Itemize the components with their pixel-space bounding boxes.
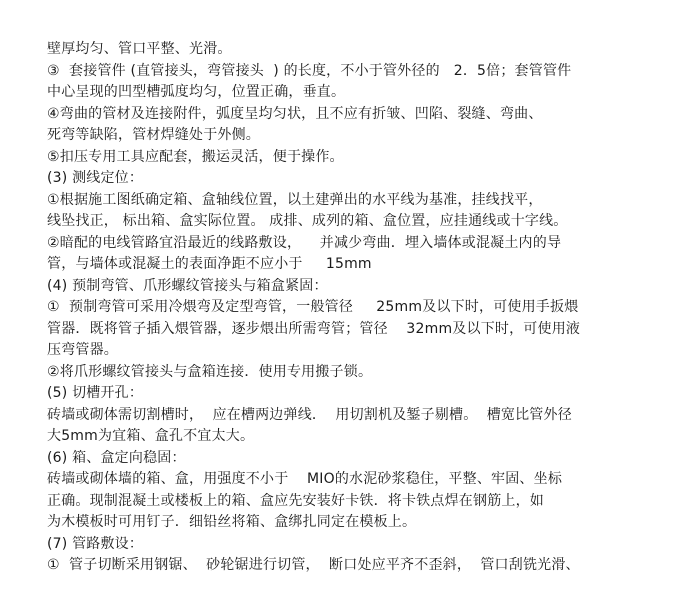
text-line: 砖墙或砌体需切割槽时， 应在槽两边弹线． 用切割机及錾子剔槽。 槽宽比管外径: [47, 405, 647, 427]
section-heading: (4) 预制弯管、爪形螺纹管接头与箱盒紧固：: [47, 276, 647, 298]
section-heading: (3) 测线定位：: [47, 168, 647, 190]
text-line: ① 管子切断采用钢锯、 砂轮锯进行切管， 断口处应平齐不歪斜， 管口刮铣光滑、: [47, 555, 647, 577]
text-line: 壁厚均匀、管口平整、光滑。: [47, 39, 647, 61]
section-heading: (6) 箱、盒定向稳固：: [47, 448, 647, 470]
document-page: 壁厚均匀、管口平整、光滑。 ③ 套接管件 (直管接头，弯管接头 ) 的长度，不小…: [47, 39, 647, 577]
text-line: 中心呈现的凹型槽弧度均匀，位置正确，垂直。: [47, 82, 647, 104]
text-line: ②暗配的电线管路宜沿最近的线路敷设， 并减少弯曲．埋入墙体或混凝土内的导: [47, 233, 647, 255]
text-line: ⑤扣压专用工具应配套，搬运灵活，便于操作。: [47, 147, 647, 169]
text-line: 压弯管器。: [47, 340, 647, 362]
text-line: 正确。现制混凝土或楼板上的箱、盒应先安装好卡铁．将卡铁点焊在钢筋上，如: [47, 491, 647, 513]
section-heading: (5) 切槽开孔：: [47, 383, 647, 405]
text-line: 大5mm为宜箱、盒孔不宜太大。: [47, 426, 647, 448]
section-heading: (7) 管路敷设：: [47, 534, 647, 556]
text-line: 死弯等缺陷，管材焊缝处于外侧。: [47, 125, 647, 147]
text-line: 管器．既将管子插入煨管器，逐步煨出所需弯管；管径 32mm及以下时，可使用液: [47, 319, 647, 341]
text-line: ③ 套接管件 (直管接头，弯管接头 ) 的长度，不小于管外径的 2．5倍；套管管…: [47, 61, 647, 83]
text-line: ④弯曲的管材及连接附件，弧度呈均匀状，且不应有折皱、凹陷、裂缝、弯曲、: [47, 104, 647, 126]
text-line: ① 预制弯管可采用冷煨弯及定型弯管，一般管径 25mm及以下时，可使用手扳煨: [47, 297, 647, 319]
text-line: 砖墙或砌体墙的箱、盒，用强度不小于 MIO的水泥砂浆稳住，平整、牢固、坐标: [47, 469, 647, 491]
text-line: ①根据施工图纸确定箱、盒轴线位置，以土建弹出的水平线为基准，挂线找平，: [47, 190, 647, 212]
text-line: 管，与墙体或混凝土的表面净距不应小于 15mm: [47, 254, 647, 276]
text-line: 为木模板时可用钉子．细铅丝将箱、盒绑扎同定在模板上。: [47, 512, 647, 534]
text-line: ②将爪形螺纹管接头与盒箱连接．使用专用搬子锁。: [47, 362, 647, 384]
text-line: 线坠找正， 标出箱、盒实际位置。 成排、成列的箱、盒位置，应挂通线或十字线。: [47, 211, 647, 233]
